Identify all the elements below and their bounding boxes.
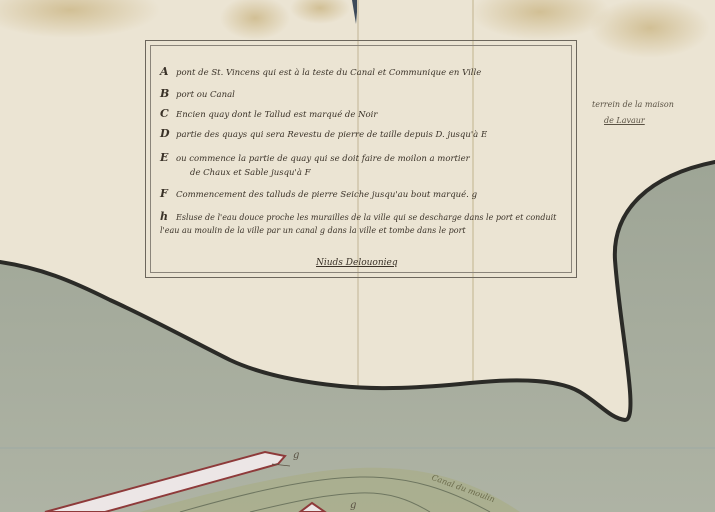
legend-key: B [160, 88, 176, 99]
legend-entry-d: Dpartie des quays qui sera Revestu de pi… [160, 128, 487, 141]
legend-entry-f: FCommencement des talluds de pierre Seic… [160, 188, 477, 201]
water-stain [590, 0, 710, 58]
legend-text: ou commence la partie de quay qui se doi… [176, 154, 470, 164]
legend-key: D [160, 128, 176, 139]
legend-text: pont de St. Vincens qui est à la teste d… [176, 68, 481, 78]
legend-entry-a: Apont de St. Vincens qui est à la teste … [160, 66, 481, 79]
legend-text: port ou Canal [176, 90, 235, 100]
mark-g: g [293, 450, 299, 461]
legend-entry-e: Eou commence la partie de quay qui se do… [160, 152, 470, 165]
legend-key: h [160, 210, 176, 223]
legend-key: F [160, 188, 176, 199]
legend-entry-c: CEncien quay dont le Tallud est marqué d… [160, 108, 377, 121]
legend-entry-b: Bport ou Canal [160, 88, 235, 101]
terrain-label-line2: de Lavaur [604, 116, 645, 125]
legend-text: Esluse de l'eau douce proche les muraill… [160, 213, 556, 235]
legend-entry-h: hEsluse de l'eau douce proche les murail… [160, 210, 570, 237]
legend-text: de Chaux et Sable jusqu'à F [190, 168, 311, 178]
legend-text: Commencement des talluds de pierre Seich… [176, 190, 477, 200]
mark-g: g [350, 500, 356, 511]
legend-text: partie des quays qui sera Revestu de pie… [176, 130, 487, 140]
legend-entry-e-cont: de Chaux et Sable jusqu'à F [190, 168, 311, 179]
legend-key: E [160, 152, 176, 163]
legend-text: Encien quay dont le Tallud est marqué de… [176, 110, 377, 120]
signature: Niuds Delouonieq [316, 258, 398, 269]
terrain-label-line1: terrein de la maison [592, 100, 674, 109]
legend-key: C [160, 108, 176, 119]
legend-key: A [160, 66, 176, 77]
